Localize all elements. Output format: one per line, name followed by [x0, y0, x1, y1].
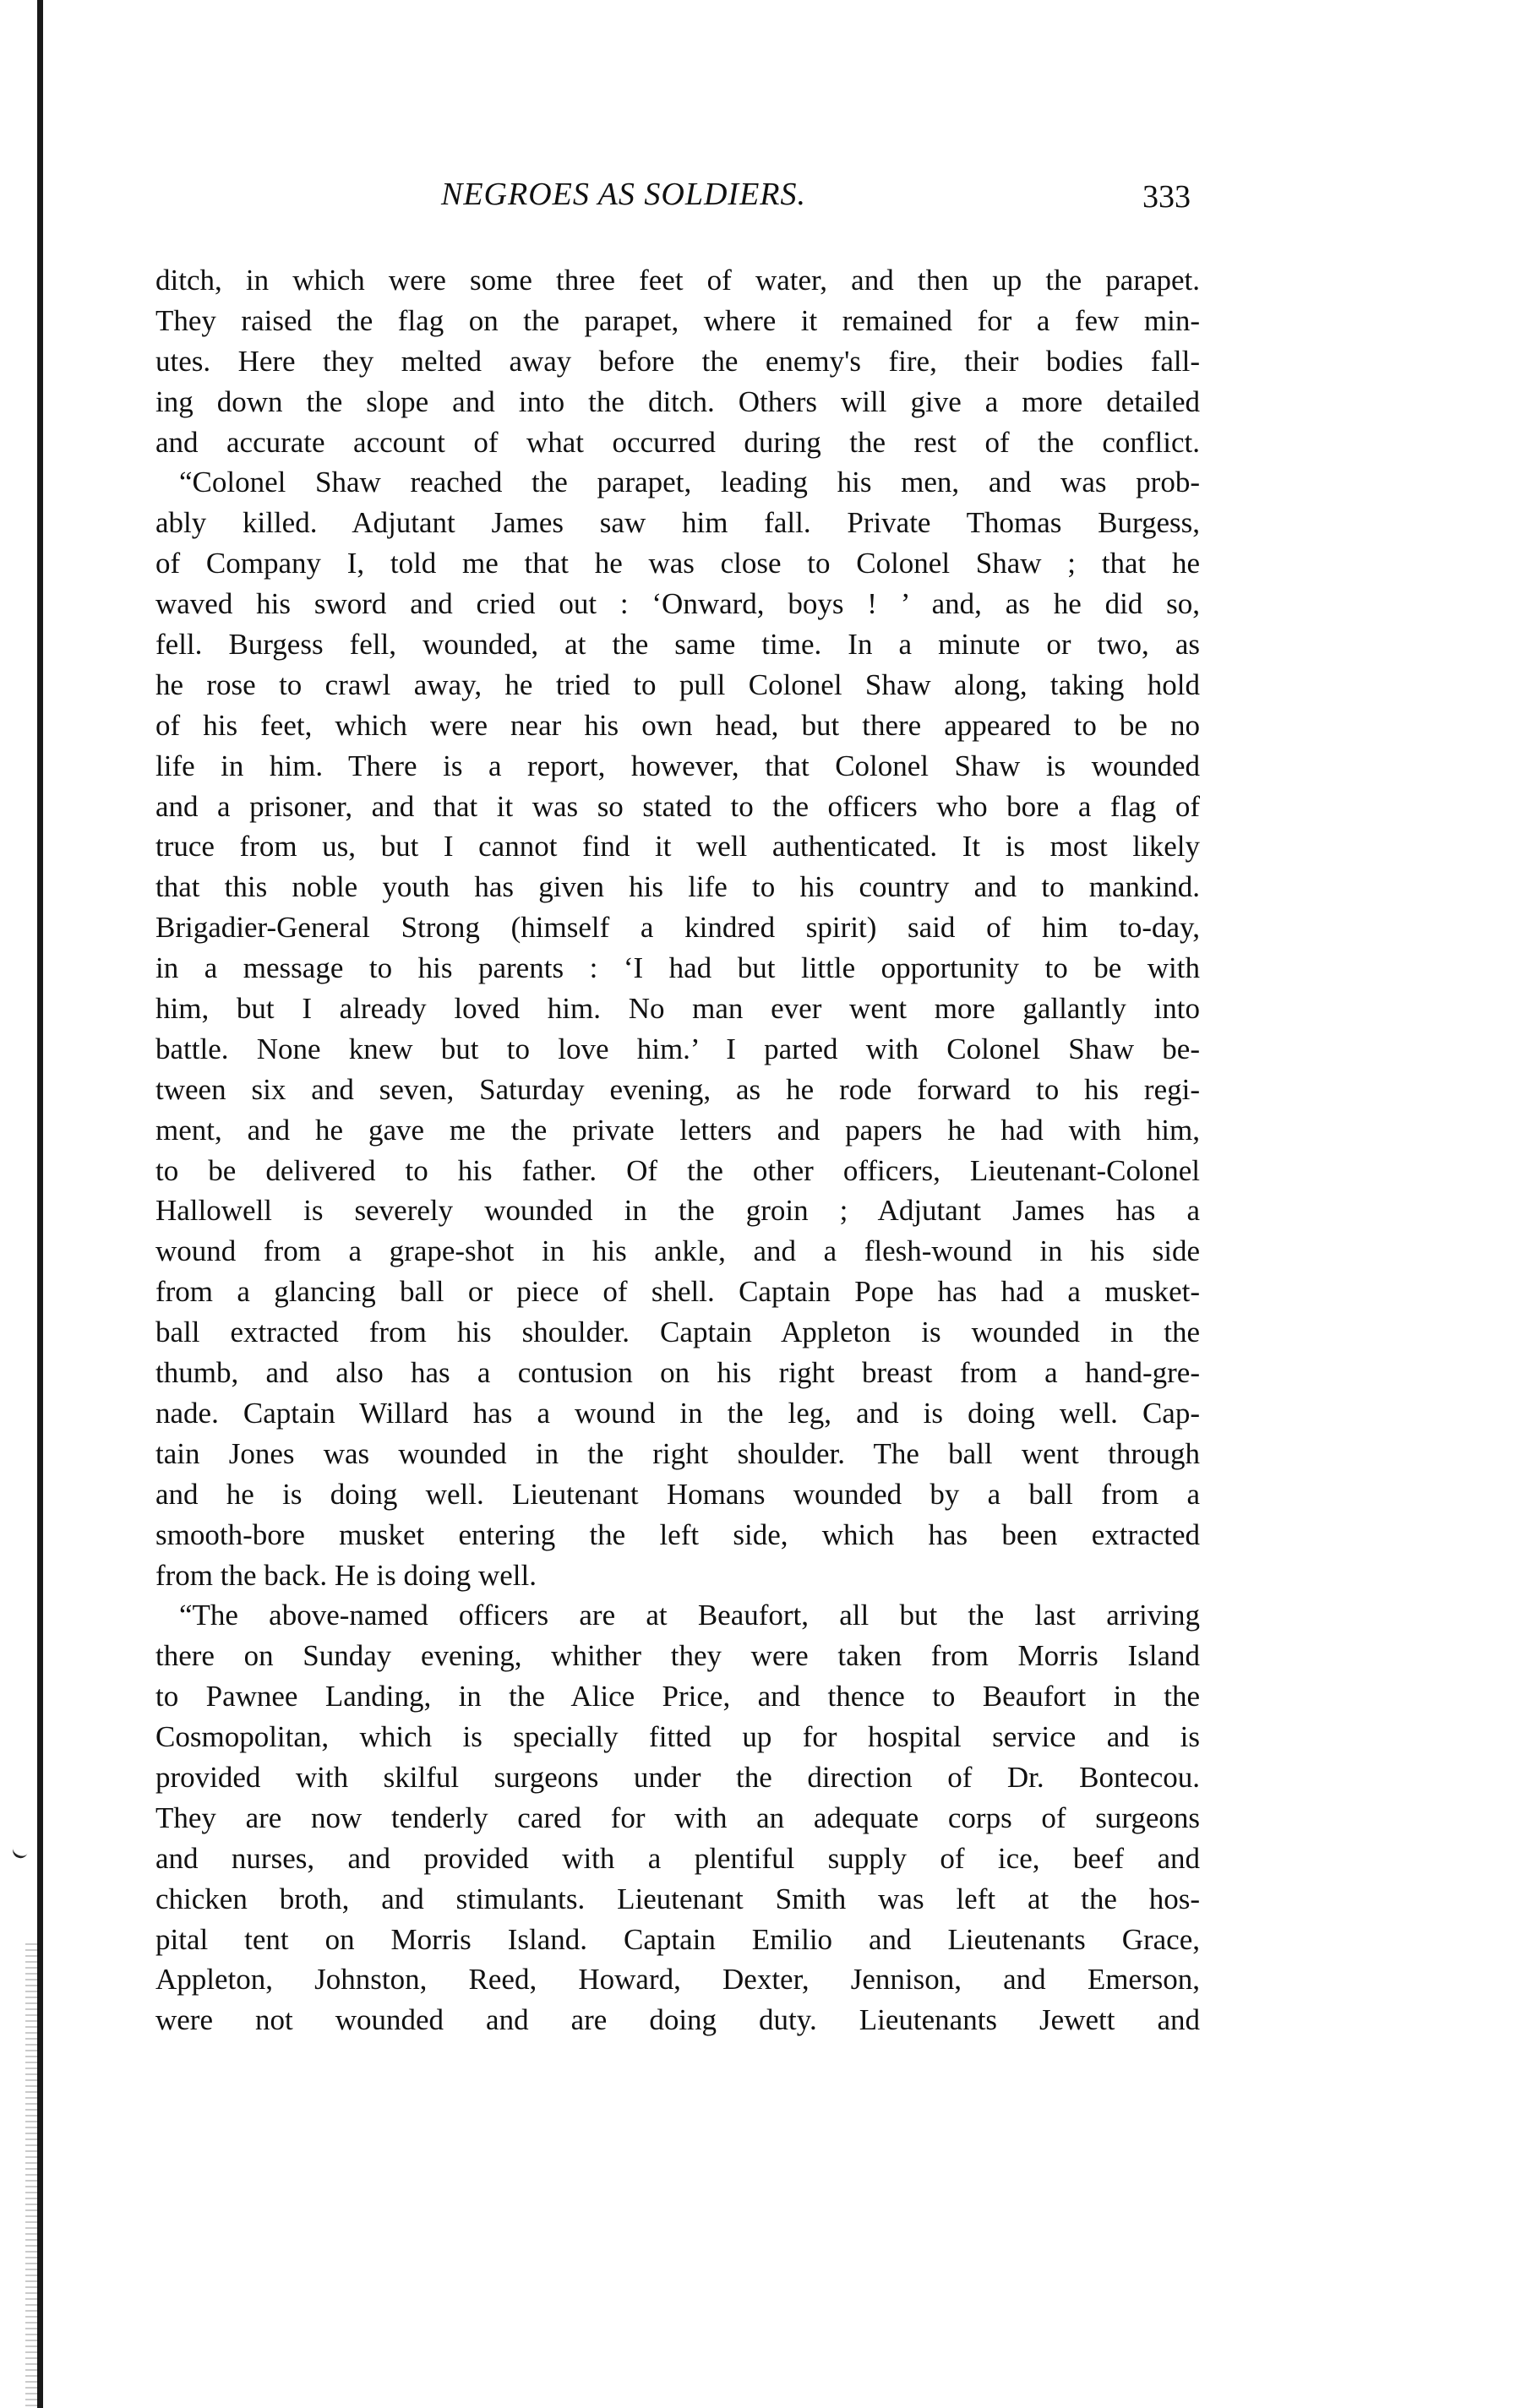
text-line: truce from us, but I cannot find it well…: [155, 826, 1200, 867]
text-line: and a prisoner, and that it was so state…: [155, 787, 1200, 827]
text-line: ball extracted from his shoulder. Captai…: [155, 1312, 1200, 1353]
text-line: and he is doing well. Lieutenant Homans …: [155, 1474, 1200, 1515]
paragraph-1: ditch, in which were some three feet of …: [155, 260, 1200, 462]
text-line: Hallowell is severely wounded in the gro…: [155, 1190, 1200, 1231]
text-line: “Colonel Shaw reached the parapet, leadi…: [155, 462, 1200, 503]
text-line: fell. Burgess fell, wounded, at the same…: [155, 624, 1200, 665]
text-line: of Company I, told me that he was close …: [155, 543, 1200, 584]
text-line: Brigadier-General Strong (himself a kind…: [155, 907, 1200, 948]
text-line: ably killed. Adjutant James saw him fall…: [155, 503, 1200, 543]
text-line: and accurate account of what occurred du…: [155, 422, 1200, 463]
text-line: “The above-named officers are at Beaufor…: [155, 1595, 1200, 1636]
text-line: waved his sword and cried out : ‘Onward,…: [155, 584, 1200, 624]
text-line: there on Sunday evening, whither they we…: [155, 1636, 1200, 1676]
text-line: from the back. He is doing well.: [155, 1555, 1200, 1596]
text-line: of his feet, which were near his own hea…: [155, 706, 1200, 746]
text-line: ing down the slope and into the ditch. O…: [155, 382, 1200, 422]
text-line: thumb, and also has a contusion on his r…: [155, 1353, 1200, 1393]
text-line: he rose to crawl away, he tried to pull …: [155, 665, 1200, 706]
page-number: 333: [1142, 176, 1210, 218]
text-line: pital tent on Morris Island. Captain Emi…: [155, 1920, 1200, 1960]
text-line: and nurses, and provided with a plentifu…: [155, 1839, 1200, 1879]
text-line: were not wounded and are doing duty. Lie…: [155, 2000, 1200, 2040]
text-line: Cosmopolitan, which is specially fitted …: [155, 1717, 1200, 1757]
text-line: in a message to his parents : ‘I had but…: [155, 948, 1200, 989]
text-line: from a glancing ball or piece of shell. …: [155, 1272, 1200, 1312]
text-line: ditch, in which were some three feet of …: [155, 260, 1200, 301]
text-line: smooth-bore musket entering the left sid…: [155, 1515, 1200, 1555]
text-line: utes. Here they melted away before the e…: [155, 341, 1200, 382]
text-line: chicken broth, and stimulants. Lieutenan…: [155, 1879, 1200, 1920]
scan-mark: [11, 1846, 29, 1860]
paragraph-2: “Colonel Shaw reached the parapet, leadi…: [155, 462, 1200, 1595]
running-head: NEGROES AS SOLDIERS.: [441, 173, 830, 215]
paragraph-3: “The above-named officers are at Beaufor…: [155, 1595, 1200, 2040]
text-line: Appleton, Johnston, Reed, Howard, Dexter…: [155, 1959, 1200, 2000]
body-text: ditch, in which were some three feet of …: [155, 260, 1200, 2040]
text-line: wound from a grape-shot in his ankle, an…: [155, 1231, 1200, 1272]
text-line: tain Jones was wounded in the right shou…: [155, 1434, 1200, 1474]
text-line: tween six and seven, Saturday evening, a…: [155, 1070, 1200, 1110]
text-line: that this noble youth has given his life…: [155, 867, 1200, 907]
text-line: to Pawnee Landing, in the Alice Price, a…: [155, 1676, 1200, 1717]
text-line: life in him. There is a report, however,…: [155, 746, 1200, 787]
text-line: battle. None knew but to love him.’ I pa…: [155, 1029, 1200, 1070]
text-line: him, but I already loved him. No man eve…: [155, 989, 1200, 1029]
text-line: nade. Captain Willard has a wound in the…: [155, 1393, 1200, 1434]
text-line: ment, and he gave me the private letters…: [155, 1110, 1200, 1151]
text-line: provided with skilful surgeons under the…: [155, 1757, 1200, 1798]
text-line: They are now tenderly cared for with an …: [155, 1798, 1200, 1839]
scan-speckle: [25, 1943, 39, 2408]
text-line: They raised the flag on the parapet, whe…: [155, 301, 1200, 341]
text-line: to be delivered to his father. Of the ot…: [155, 1151, 1200, 1191]
